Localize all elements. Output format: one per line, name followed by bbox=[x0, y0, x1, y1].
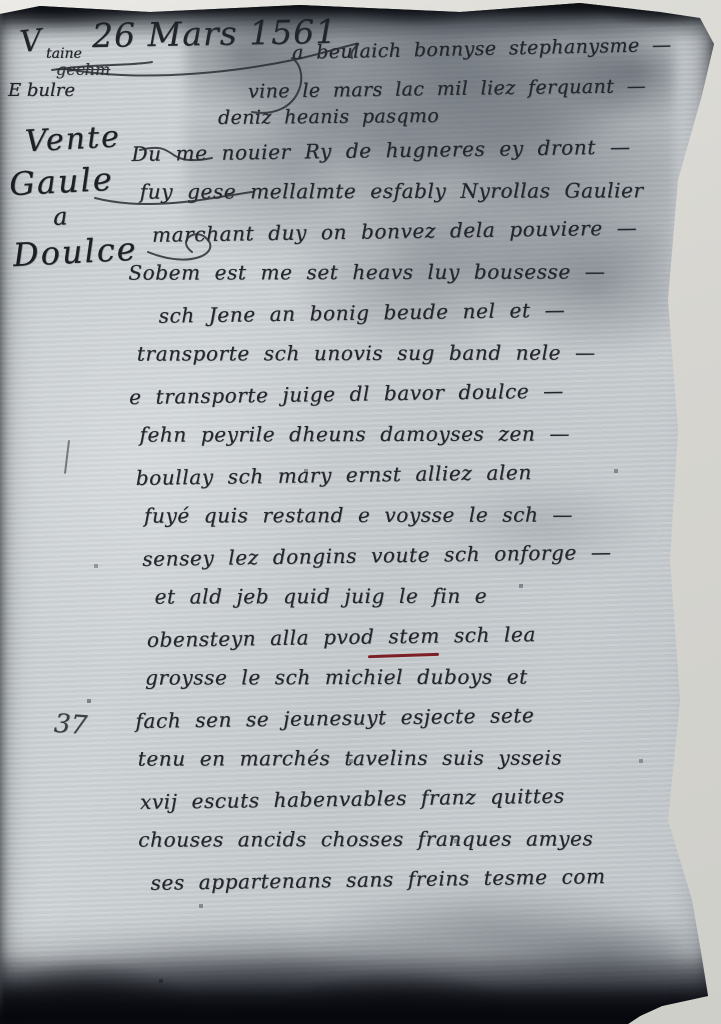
manuscript-line: et ald jeb quid juig le fin e bbox=[155, 575, 683, 617]
ink-specks bbox=[0, 0, 2, 2]
manuscript-page: V taine 26 Mars 1561 gechm E bulre a beu… bbox=[0, 0, 721, 1024]
margin-title-line: Gaule bbox=[8, 157, 135, 205]
manuscript-line: chouses ancids chosses franques amyes bbox=[138, 818, 684, 860]
stray-pen-stroke bbox=[64, 440, 70, 474]
manuscript-line: tenu en marchés tavelins suis ysseis bbox=[138, 737, 684, 779]
manuscript-line: ses appartenans sans freins tesme com bbox=[150, 855, 685, 903]
margin-title-line: Doulce bbox=[12, 227, 139, 277]
struck-out-word: gechm bbox=[56, 60, 110, 79]
manuscript-line: fuy gese mellalmte esfably Nyrollas Gaul… bbox=[140, 170, 680, 212]
manuscript-line: groysse le sch michiel duboys et bbox=[145, 656, 683, 698]
manuscript-line: sensey lez dongins voute sch onforge — bbox=[142, 531, 683, 580]
manuscript-line: sch Jene an bonig beude nel et — bbox=[158, 288, 681, 336]
manuscript-line: e transporte juige dl bavor doulce — bbox=[129, 369, 682, 418]
burned-bottom-edge bbox=[0, 954, 721, 1024]
manuscript-line: marchant duy on bonvez dela pouviere — bbox=[152, 207, 681, 255]
act-body-text: Du me nouier Ry de hugneres ey dront —fu… bbox=[123, 128, 684, 901]
photo-background: V taine 26 Mars 1561 gechm E bulre a beu… bbox=[0, 0, 721, 1024]
margin-act-title: VenteGauleaDoulce bbox=[6, 117, 139, 277]
manuscript-line: fach sen se jeunesuyt esjecte sete bbox=[135, 693, 684, 742]
registry-word: E bulre bbox=[8, 80, 75, 101]
manuscript-line: xvij escuts habenvables franz quittes bbox=[140, 774, 685, 823]
manuscript-line: fehn peyrile dheuns damoyses zen — bbox=[139, 413, 681, 455]
manuscript-line: transporte sch unovis sug band nele — bbox=[137, 332, 681, 374]
margin-title-line: Vente bbox=[24, 117, 133, 163]
folio-mark: 37 bbox=[53, 709, 88, 741]
burned-top-edge bbox=[0, 0, 721, 40]
manuscript-line: fuyé quis restand e voysse le sch — bbox=[144, 494, 682, 536]
manuscript-line: Sobem est me set heavs luy bousesse — bbox=[128, 251, 680, 293]
manuscript-line: Du me nouier Ry de hugneres ey dront — bbox=[131, 126, 680, 175]
opening-line: deniz heanis pasqmo bbox=[218, 105, 439, 129]
manuscript-line: boullay sch mary ernst alliez alen bbox=[135, 450, 682, 499]
